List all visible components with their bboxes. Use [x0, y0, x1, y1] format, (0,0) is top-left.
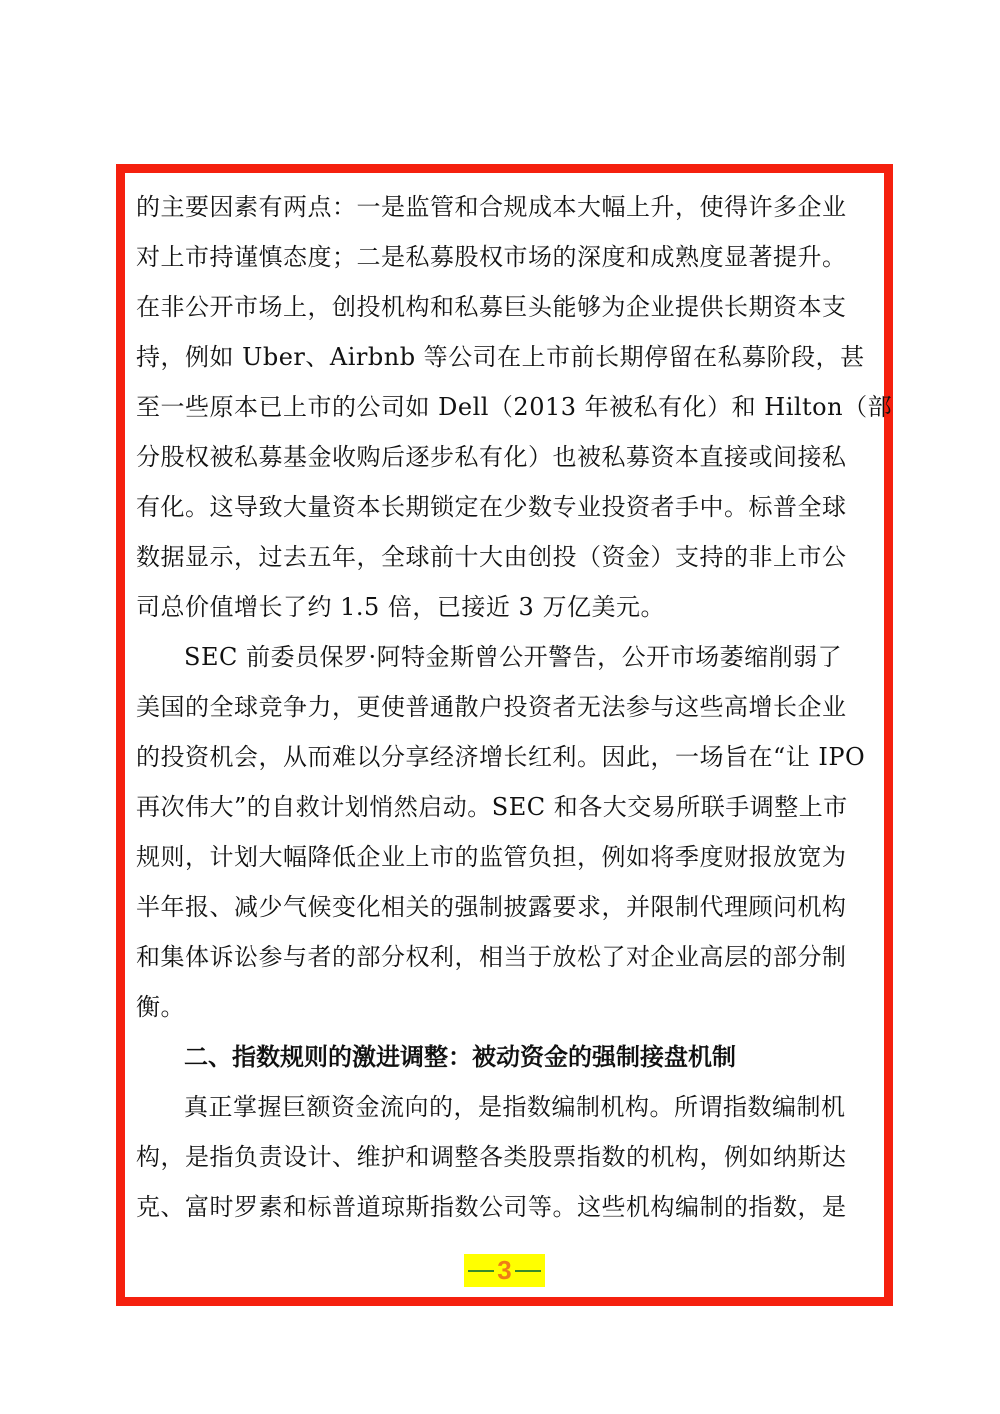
text-line: 数据显示，过去五年，全球前十大由创投（资金）支持的非上市公	[136, 532, 866, 582]
text-line: 和集体诉讼参与者的部分权利，相当于放松了对企业高层的部分制	[136, 932, 866, 982]
page-number-badge: 3	[464, 1254, 545, 1287]
text-line: 构，是指负责设计、维护和调整各类股票指数的机构，例如纳斯达	[136, 1132, 866, 1182]
paragraph-start: 真正掌握巨额资金流向的，是指数编制机构。所谓指数编制机	[136, 1082, 866, 1132]
section-heading: 二、指数规则的激进调整：被动资金的强制接盘机制	[136, 1032, 866, 1082]
paragraph-start: SEC 前委员保罗·阿特金斯曾公开警告，公开市场萎缩削弱了	[136, 632, 866, 682]
text-line: 对上市持谨慎态度；二是私募股权市场的深度和成熟度显著提升。	[136, 232, 866, 282]
text-line: 持，例如 Uber、Airbnb 等公司在上市前长期停留在私募阶段，甚	[136, 332, 866, 382]
text-line: 分股权被私募基金收购后逐步私有化）也被私募资本直接或间接私	[136, 432, 866, 482]
dash-right	[515, 1270, 541, 1272]
document-body: 的主要因素有两点：一是监管和合规成本大幅上升，使得许多企业 对上市持谨慎态度；二…	[136, 182, 866, 1232]
text-line: 克、富时罗素和标普道琼斯指数公司等。这些机构编制的指数，是	[136, 1182, 866, 1232]
text-line: 至一些原本已上市的公司如 Dell（2013 年被私有化）和 Hilton（部	[136, 382, 866, 432]
page-number: 3	[497, 1254, 511, 1287]
text-line: 再次伟大”的自救计划悄然启动。SEC 和各大交易所联手调整上市	[136, 782, 866, 832]
dash-left	[468, 1270, 494, 1272]
text-line: 司总价值增长了约 1.5 倍，已接近 3 万亿美元。	[136, 582, 866, 632]
text-line: 半年报、减少气候变化相关的强制披露要求，并限制代理顾问机构	[136, 882, 866, 932]
text-line: 规则，计划大幅降低企业上市的监管负担，例如将季度财报放宽为	[136, 832, 866, 882]
text-line: 美国的全球竞争力，更使普通散户投资者无法参与这些高增长企业	[136, 682, 866, 732]
text-line: 在非公开市场上，创投机构和私募巨头能够为企业提供长期资本支	[136, 282, 866, 332]
text-line: 衡。	[136, 982, 866, 1032]
text-line: 的主要因素有两点：一是监管和合规成本大幅上升，使得许多企业	[136, 182, 866, 232]
text-line: 有化。这导致大量资本长期锁定在少数专业投资者手中。标普全球	[136, 482, 866, 532]
text-line: 的投资机会，从而难以分享经济增长红利。因此，一场旨在“让 IPO	[136, 732, 866, 782]
